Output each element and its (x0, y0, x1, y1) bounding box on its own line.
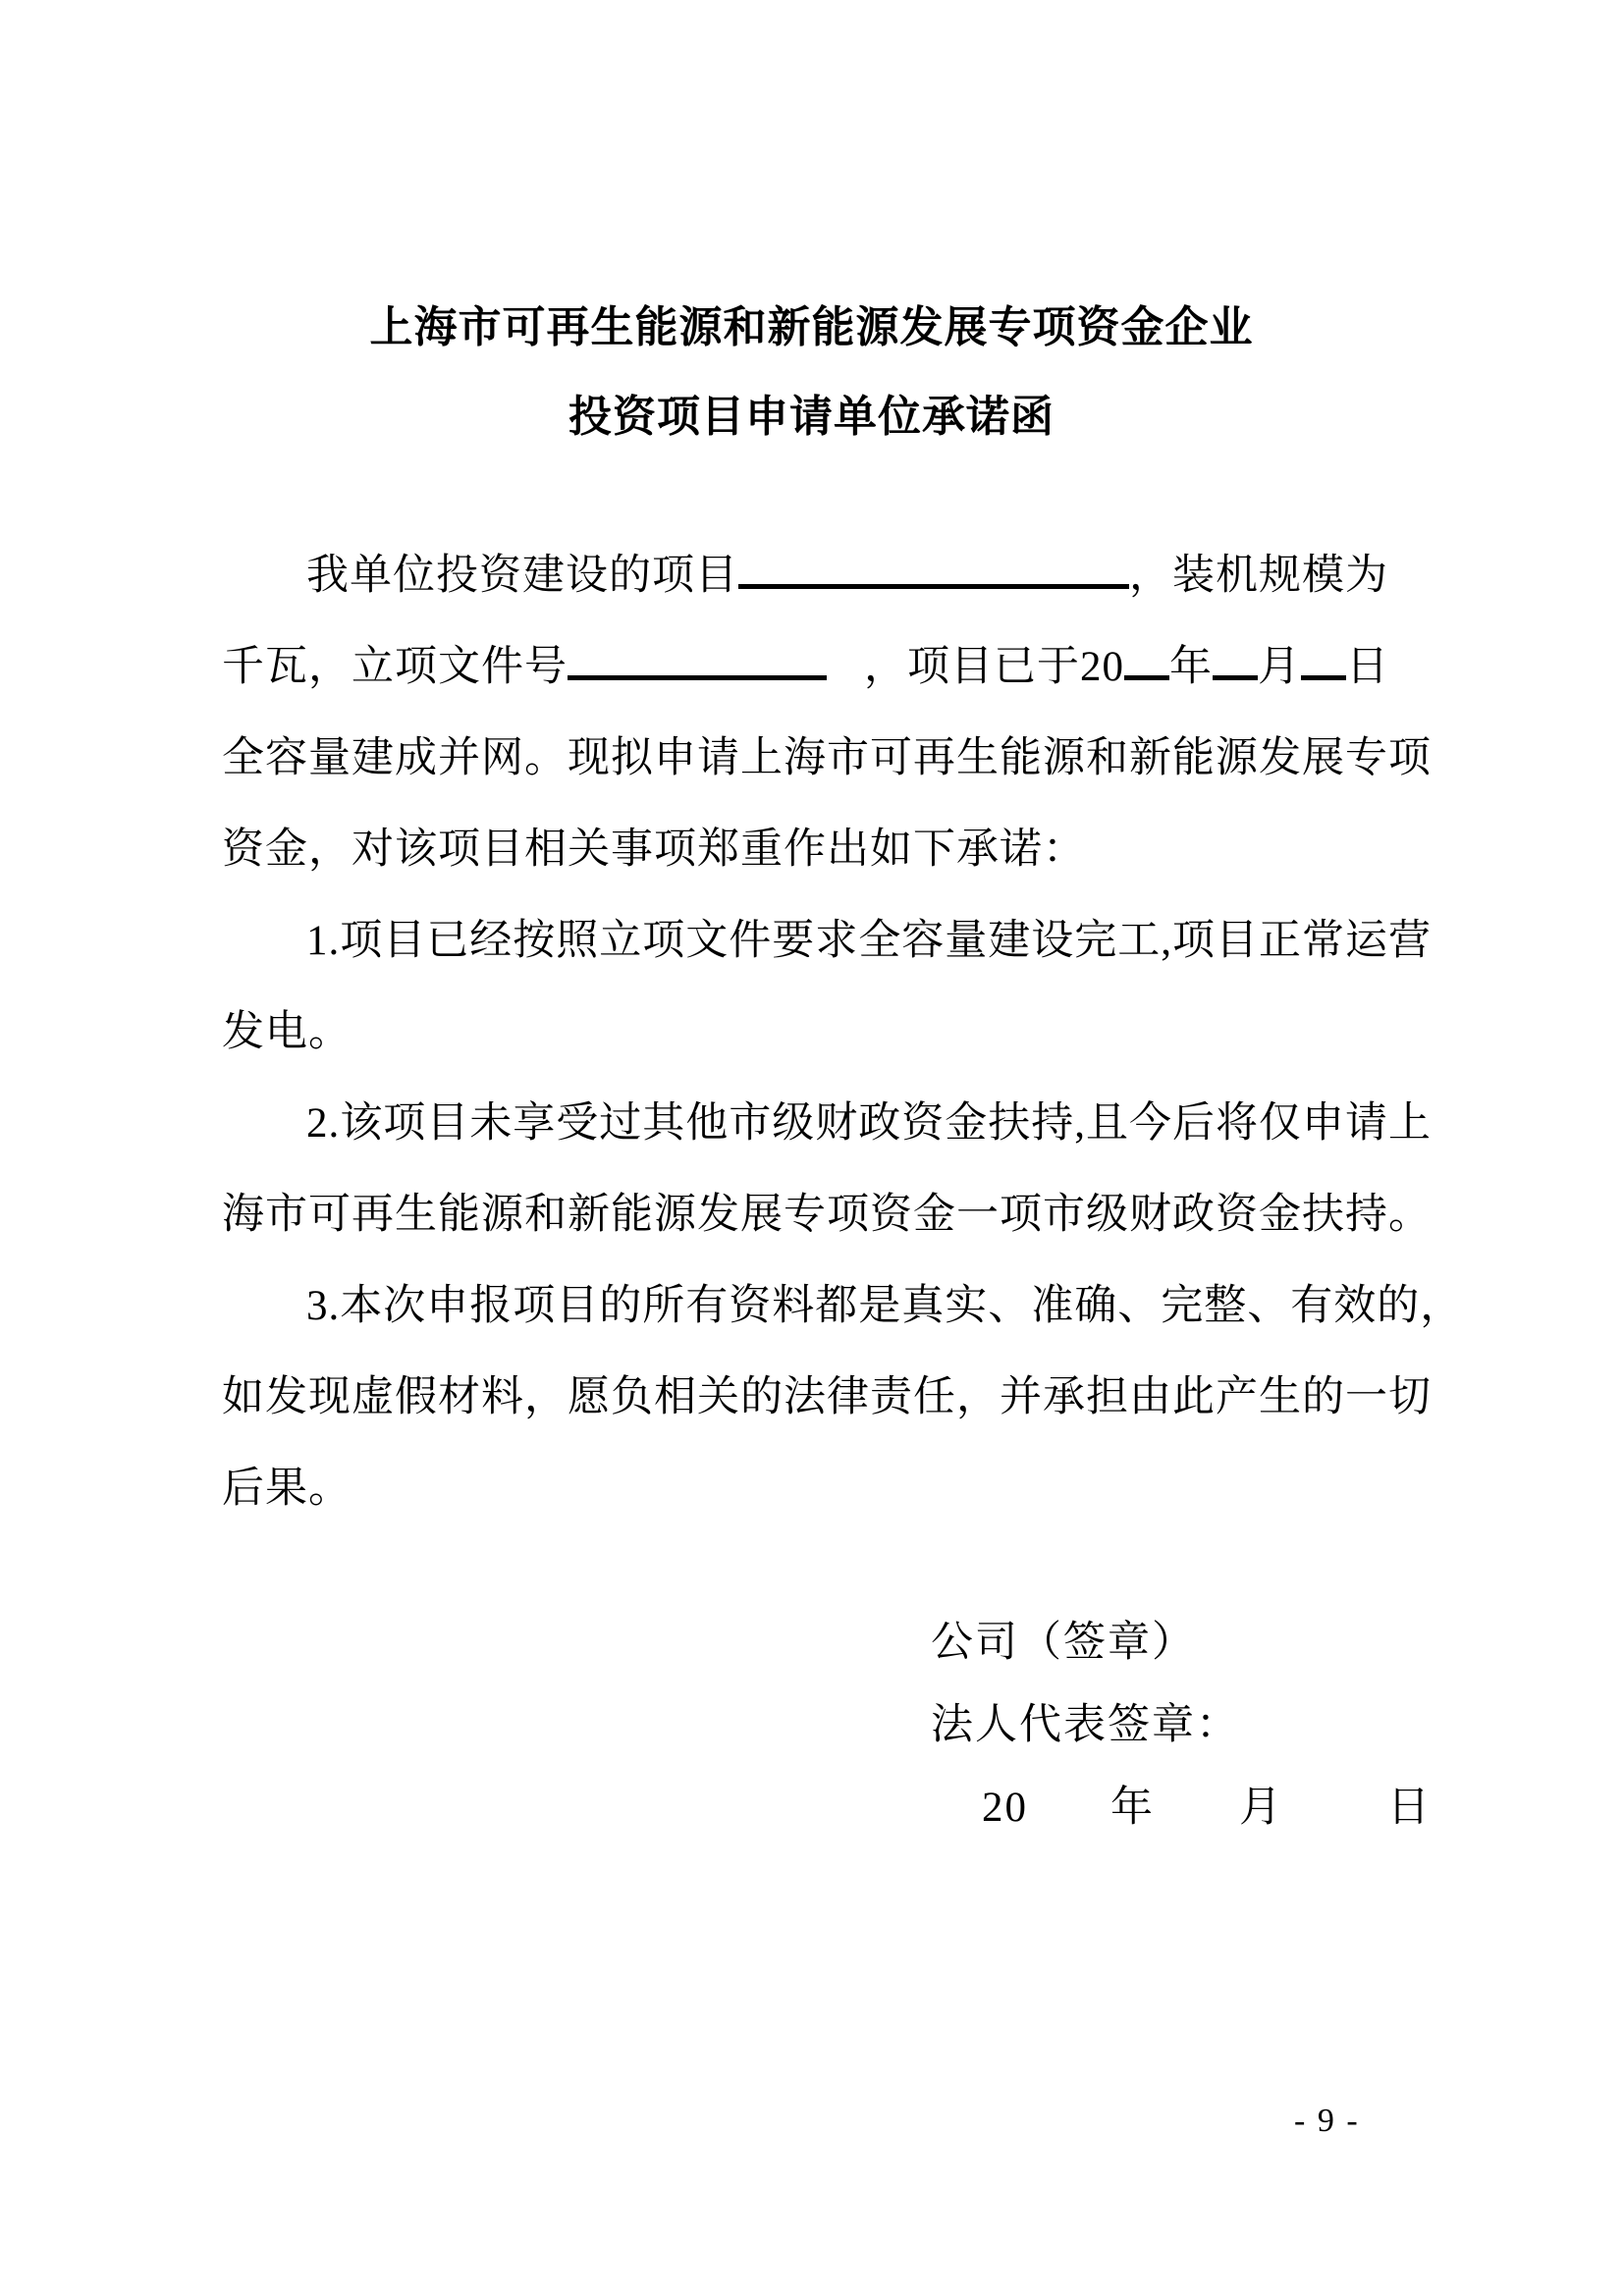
blank-field-project-name (738, 539, 1129, 589)
body-line-7: 2.该项目未享受过其他市级财政资金扶持,且今后将仅申请上 (222, 1078, 1410, 1169)
line1-text-suffix: ，装机规模为 (1129, 553, 1388, 599)
line2-year-prefix: 20 (1080, 644, 1124, 690)
signature-date-month-label: 月 (1239, 1785, 1283, 1831)
line1-text-prefix: 我单位投资建设的项目 (306, 553, 738, 599)
body-line-6: 发电。 (222, 987, 1410, 1078)
body-line-10: 如发现虚假材料，愿负相关的法律责任，并承担由此产生的一切 (222, 1352, 1410, 1443)
line2-month-label: 月 (1258, 644, 1301, 690)
signature-date-day-label: 日 (1387, 1785, 1432, 1831)
document-title-line-1: 上海市可再生能源和新能源发展专项资金企业 (0, 283, 1623, 372)
commitment-item-1-text: 1.项目已经按照立项文件要求全容量建设完工,项目正常运营 (306, 918, 1432, 964)
document-title: 上海市可再生能源和新能源发展专项资金企业 投资项目申请单位承诺函 (0, 283, 1623, 461)
document-title-line-2: 投资项目申请单位承诺函 (0, 372, 1623, 461)
signature-company-seal-label: 公司（签章） (931, 1602, 1432, 1684)
line2-text-prefix: 千瓦，立项文件号 (222, 644, 568, 690)
body-line-9: 3.本次申报项目的所有资料都是真实、准确、完整、有效的， (222, 1260, 1410, 1352)
signature-date-year-label: 年 (1110, 1785, 1155, 1831)
signature-block: 公司（签章） 法人代表签章： 20年月日 (931, 1602, 1432, 1849)
body-line-8: 海市可再生能源和新能源发展专项资金一项市级财政资金扶持。 (222, 1169, 1410, 1260)
document-body: 我单位投资建设的项目，装机规模为 千瓦，立项文件号，项目已于20年月日 全容量建… (222, 530, 1410, 1534)
line2-day-label: 日 (1346, 644, 1389, 690)
body-line-11: 后果。 (222, 1443, 1410, 1534)
signature-date-year-prefix: 20 (982, 1785, 1028, 1831)
blank-field-month (1213, 630, 1258, 680)
page-number: - 9 - (1294, 2103, 1360, 2140)
body-line-1: 我单位投资建设的项目，装机规模为 (222, 530, 1410, 621)
blank-field-year (1124, 630, 1169, 680)
body-line-5: 1.项目已经按照立项文件要求全容量建设完工,项目正常运营 (222, 895, 1410, 987)
signature-legal-representative-label: 法人代表签章： (931, 1684, 1432, 1767)
commitment-item-2-text: 2.该项目未享受过其他市级财政资金扶持,且今后将仅申请上 (306, 1100, 1432, 1147)
line2-text-mid: ，项目已于 (864, 644, 1080, 690)
body-line-3: 全容量建成并网。现拟申请上海市可再生能源和新能源发展专项 (222, 713, 1410, 804)
commitment-item-3-text: 3.本次申报项目的所有资料都是真实、准确、完整、有效的， (306, 1283, 1463, 1329)
signature-date-line: 20年月日 (931, 1767, 1432, 1849)
blank-field-day (1301, 630, 1346, 680)
line2-year-label: 年 (1169, 644, 1213, 690)
document-page: 上海市可再生能源和新能源发展专项资金企业 投资项目申请单位承诺函 我单位投资建设… (0, 0, 1623, 2296)
body-line-2: 千瓦，立项文件号，项目已于20年月日 (222, 621, 1410, 713)
body-line-4: 资金，对该项目相关事项郑重作出如下承诺： (222, 804, 1410, 895)
blank-field-file-number (568, 630, 827, 680)
